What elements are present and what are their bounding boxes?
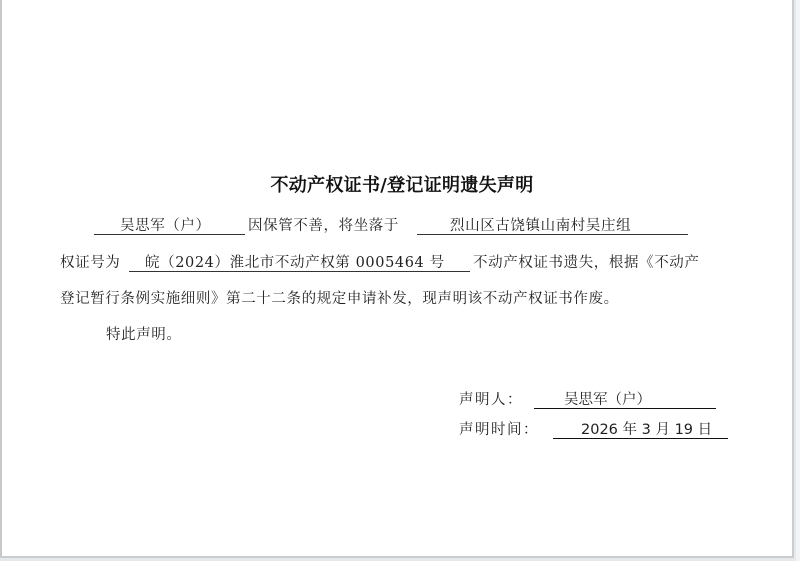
declarant-label: 声明人：: [459, 391, 523, 409]
document-page: 不动产权证书/登记证明遗失声明 吴思军（户） 因保管不善，将坐落于 烈山区古饶镇…: [0, 0, 794, 558]
date-field: 2026 年 3 月 19 日: [553, 421, 728, 439]
declaration-date: 2026 年 3 月 19 日: [581, 422, 712, 438]
line2-prefix: 权证号为: [60, 254, 120, 272]
declarant-name: 吴思军（户）: [564, 392, 651, 408]
owner-name: 吴思军（户）: [120, 218, 211, 234]
closing-statement: 特此声明。: [106, 326, 182, 344]
certificate-number-field: 皖（2024）淮北市不动产权第 0005464 号: [129, 254, 470, 272]
certificate-number: 皖（2024）淮北市不动产权第 0005464 号: [145, 255, 445, 271]
line2-suffix: 不动产权证书遗失，根据《不动产: [473, 254, 700, 272]
document-title: 不动产权证书/登记证明遗失声明: [2, 171, 800, 197]
location-field: 烈山区古饶镇山南村吴庄组: [417, 217, 688, 235]
date-label: 声明时间：: [459, 421, 539, 439]
line3-text: 登记暂行条例实施细则》第二十二条的规定申请补发，现声明该不动产权证书作废。: [60, 290, 619, 308]
location: 烈山区古饶镇山南村吴庄组: [450, 218, 631, 234]
declarant-field: 吴思军（户）: [534, 391, 716, 409]
scroll-gutter: [796, 0, 800, 561]
owner-name-field: 吴思军（户）: [94, 217, 245, 235]
line1-middle-text: 因保管不善，将坐落于: [248, 217, 399, 235]
